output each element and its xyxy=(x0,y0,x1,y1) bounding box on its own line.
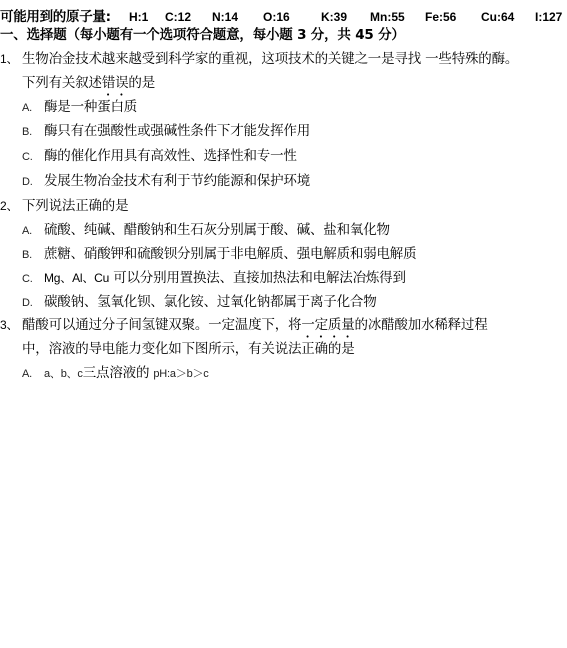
option-letter: B. xyxy=(22,123,44,141)
option-text: 酶是一种蛋白质 xyxy=(44,99,137,115)
mass-cu: Cu:64 xyxy=(481,8,514,26)
option-text: 可以分别用置换法、直接加热法和电解法冶炼得到 xyxy=(113,270,406,286)
question-2-number: 2、 xyxy=(0,197,22,215)
question-1-option-c: C.酶的催化作用具有高效性、选择性和专一性 xyxy=(22,147,297,166)
mass-c: C:12 xyxy=(165,8,191,26)
option-text: 三点溶液的 xyxy=(83,365,150,381)
mass-h: H:1 xyxy=(129,8,148,26)
option-letter: D. xyxy=(22,173,44,191)
section-title: 一、选择题（每小题有一个选项符合题意，每小题 3 分，共 45 分） xyxy=(0,26,405,44)
question-1-option-d: D.发展生物冶金技术有利于节约能源和保护环境 xyxy=(22,172,310,191)
option-latin-post: pH:a＞b＞c xyxy=(153,368,208,380)
option-latin-pre: a、b、c xyxy=(44,368,83,380)
question-2-option-b: B.蔗糖、硝酸钾和硫酸钡分别属于非电解质、强电解质和弱电解质 xyxy=(22,245,416,264)
option-text: 蔗糖、硝酸钾和硫酸钡分别属于非电解质、强电解质和弱电解质 xyxy=(44,246,416,262)
question-3-option-a: A.a、b、c三点溶液的 pH:a＞b＞c xyxy=(22,364,209,383)
mass-k: K:39 xyxy=(321,8,347,26)
option-text: 酶的催化作用具有高效性、选择性和专一性 xyxy=(44,148,297,164)
question-2-option-d: D.碳酸钠、氢氧化钡、氯化铵、过氧化钠都属于离子化合物 xyxy=(22,293,377,312)
question-2-option-c: C.Mg、Al、Cu 可以分别用置换法、直接加热法和电解法冶炼得到 xyxy=(22,269,406,288)
question-1-emphasis: 错误 xyxy=(102,75,129,91)
mass-i: I:127 xyxy=(535,8,562,26)
question-3-stem-before: 醋酸可以通过分子间氢键双聚。一定温度下，将 xyxy=(22,317,301,333)
question-3-stem-line-2: 中，溶液的导电能力变化如下图所示，有关说法正确的是 xyxy=(22,340,355,358)
mass-o: O:16 xyxy=(263,8,290,26)
question-1-option-b: B.酶只有在强酸性或强碱性条件下才能发挥作用 xyxy=(22,122,310,141)
option-latin-text: Mg、Al、Cu xyxy=(44,271,109,285)
mass-fe: Fe:56 xyxy=(425,8,456,26)
option-letter: A. xyxy=(22,99,44,117)
option-text: 发展生物冶金技术有利于节约能源和保护环境 xyxy=(44,173,310,189)
question-3-stem-line-1: 3、醋酸可以通过分子间氢键双聚。一定温度下，将一定质量的冰醋酸加水稀释过程 xyxy=(0,316,488,341)
mass-n: N:14 xyxy=(212,8,238,26)
question-1-option-a: A.酶是一种蛋白质 xyxy=(22,98,137,117)
question-1-number: 1、 xyxy=(0,50,22,68)
option-letter: D. xyxy=(22,294,44,312)
option-letter: A. xyxy=(22,365,44,383)
question-2-option-a: A.硫酸、纯碱、醋酸钠和生石灰分别属于酸、碱、盐和氧化物 xyxy=(22,221,390,240)
question-1-stem-line-2: 下列有关叙述错误的是 xyxy=(22,74,155,99)
option-letter: A. xyxy=(22,222,44,240)
mass-mn: Mn:55 xyxy=(370,8,405,26)
option-letter: C. xyxy=(22,270,44,288)
option-text: 碳酸钠、氢氧化钡、氯化铵、过氧化钠都属于离子化合物 xyxy=(44,294,377,310)
question-3-number: 3、 xyxy=(0,316,22,334)
question-2-stem-text: 下列说法正确的是 xyxy=(22,198,128,214)
question-1-stem-text-1: 生物冶金技术越来越受到科学家的重视，这项技术的关键之一是寻找 一些特殊的酶。 xyxy=(22,51,518,67)
question-1-stem-line-1: 1、生物冶金技术越来越受到科学家的重视，这项技术的关键之一是寻找 一些特殊的酶。 xyxy=(0,50,518,68)
question-3-emphasis: 一定质量 xyxy=(301,317,354,333)
option-text: 酶只有在强酸性或强碱性条件下才能发挥作用 xyxy=(44,123,310,139)
atomic-masses-row: 可能用到的原子量: H:1 C:12 N:14 O:16 K:39 Mn:55 … xyxy=(0,8,567,26)
option-letter: B. xyxy=(22,246,44,264)
question-3-stem-text-2: 中，溶液的导电能力变化如下图所示，有关说法正确的是 xyxy=(22,341,355,357)
option-text: 硫酸、纯碱、醋酸钠和生石灰分别属于酸、碱、盐和氧化物 xyxy=(44,222,390,238)
question-1-stem-text-2: 下列有关叙述错误的是 xyxy=(22,75,155,91)
atomic-masses-title: 可能用到的原子量: xyxy=(0,8,111,26)
option-letter: C. xyxy=(22,148,44,166)
question-2-stem: 2、下列说法正确的是 xyxy=(0,197,128,215)
question-3-stem-after: 的冰醋酸加水稀释过程 xyxy=(355,317,488,333)
